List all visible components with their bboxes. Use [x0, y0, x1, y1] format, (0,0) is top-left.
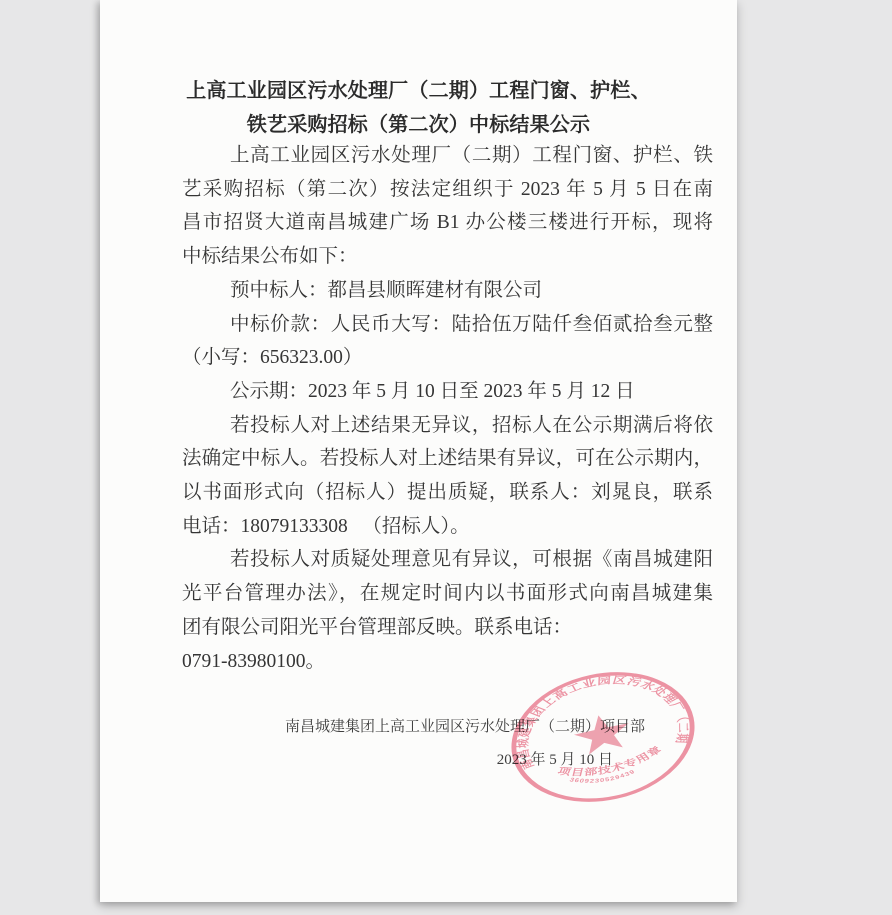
body-line: （小写：656323.00） — [182, 341, 713, 375]
body-line: 法确定中标人。若投标人对上述结果有异议，可在公示期内， — [182, 442, 713, 476]
document-title: 上高工业园区污水处理厂（二期）工程门窗、护栏、铁艺采购招标（第二次）中标结果公示 — [100, 74, 737, 142]
body-line: 若投标人对质疑处理意见有异议，可根据《南昌城建阳 — [182, 543, 713, 577]
body-paragraph: 公示期：2023 年 5 月 10 日至 2023 年 5 月 12 日 — [182, 375, 713, 409]
body-line: 公示期：2023 年 5 月 10 日至 2023 年 5 月 12 日 — [182, 375, 713, 409]
body-paragraph: 上高工业园区污水处理厂（二期）工程门窗、护栏、铁艺采购招标（第二次）按法定组织于… — [182, 139, 713, 274]
body-line: 中标价款：人民币大写：陆拾伍万陆仟叁佰贰拾叁元整 — [182, 308, 713, 342]
body-paragraph: 若投标人对上述结果无异议，招标人在公示期满后将依法确定中标人。若投标人对上述结果… — [182, 409, 713, 544]
body-line: 若投标人对上述结果无异议，招标人在公示期满后将依 — [182, 409, 713, 443]
title-line: 上高工业园区污水处理厂（二期）工程门窗、护栏、 — [100, 74, 737, 108]
body-paragraph: 中标价款：人民币大写：陆拾伍万陆仟叁佰贰拾叁元整（小写：656323.00） — [182, 308, 713, 375]
body-paragraph: 预中标人：都昌县顺晖建材有限公司 — [182, 274, 713, 308]
body-line: 艺采购招标（第二次）按法定组织于 2023 年 5 月 5 日在南 — [182, 173, 713, 207]
body-line: 电话：18079133308 （招标人）。 — [182, 510, 713, 544]
body-line: 预中标人：都昌县顺晖建材有限公司 — [182, 274, 713, 308]
body-line: 中标结果公布如下： — [182, 240, 713, 274]
body-line: 上高工业园区污水处理厂（二期）工程门窗、护栏、铁 — [182, 139, 713, 173]
body-line: 光平台管理办法》，在规定时间内以书面形式向南昌城建集 — [182, 577, 713, 611]
body-line: 以书面形式向（招标人）提出质疑，联系人：刘晁良，联系 — [182, 476, 713, 510]
document-body: 上高工业园区污水处理厂（二期）工程门窗、护栏、铁艺采购招标（第二次）按法定组织于… — [182, 139, 713, 678]
scanned-document-page: 上高工业园区污水处理厂（二期）工程门窗、护栏、铁艺采购招标（第二次）中标结果公示… — [100, 0, 737, 902]
body-line: 团有限公司阳光平台管理部反映。联系电话： — [182, 611, 713, 645]
title-line: 铁艺采购招标（第二次）中标结果公示 — [100, 108, 737, 142]
page-background: 上高工业园区污水处理厂（二期）工程门窗、护栏、铁艺采购招标（第二次）中标结果公示… — [0, 0, 892, 915]
body-line: 昌市招贤大道南昌城建广场 B1 办公楼三楼进行开标，现将 — [182, 206, 713, 240]
body-paragraph: 若投标人对质疑处理意见有异议，可根据《南昌城建阳光平台管理办法》，在规定时间内以… — [182, 543, 713, 678]
seal-star-icon — [571, 710, 633, 757]
